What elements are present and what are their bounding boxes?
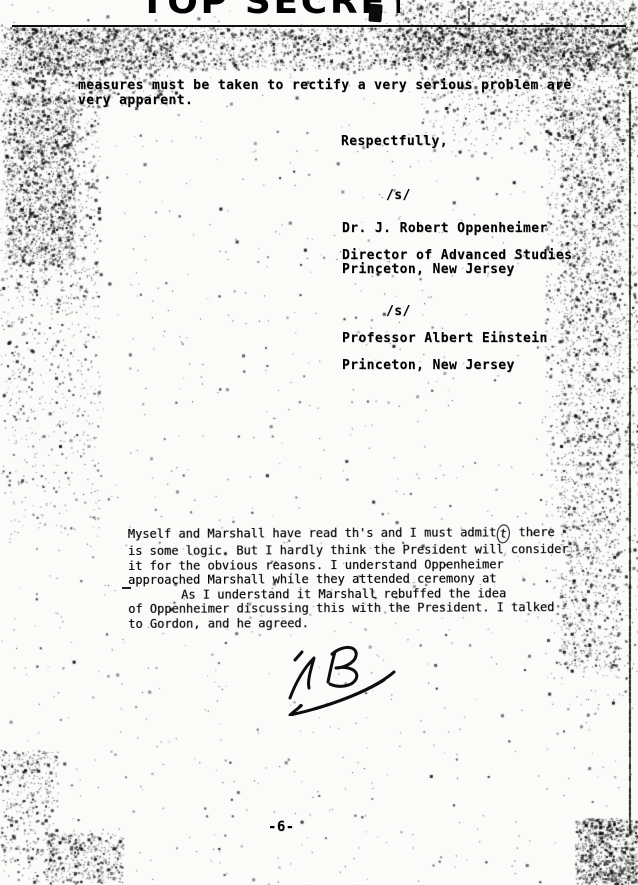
annotation-line: Myself and Marshall have read th's and I…: [128, 523, 588, 544]
top-secret-stamp: TOP SECRET: [138, 0, 400, 25]
signature-s-mark: /s/: [386, 304, 411, 319]
signatory-title: Director of Advanced Studies: [342, 248, 572, 263]
scan-noise-artifacts: [0, 0, 638, 885]
scan-tick-artifact: [468, 8, 470, 22]
top-secret-stamp-text: TOP SECRET: [140, 0, 400, 19]
annotation-text: Myself and Marshall have read th's and I…: [128, 525, 497, 541]
signatory-location: Princeton, New Jersey: [342, 262, 515, 277]
annotation-line: to Gordon, and he agreed.: [128, 615, 588, 632]
reviewer-annotation: Myself and Marshall have read th's and I…: [128, 523, 588, 632]
handwritten-initials-signature: [262, 636, 412, 716]
page-number: -6-: [268, 820, 295, 835]
stray-dash-artifact: [122, 587, 131, 589]
closing-respectfully: Respectfully,: [341, 134, 448, 149]
letter-body-text: measures must be taken to rectify a very…: [78, 78, 572, 108]
signature-s-mark: /s/: [386, 188, 411, 203]
letter-body-line: measures must be taken to rectify a very…: [78, 78, 572, 93]
right-edge-scan-line: [629, 90, 631, 830]
letter-body-line: very apparent.: [78, 93, 572, 108]
stamp-underline-rule: [12, 25, 626, 27]
scanned-letter-page: TOP SECRET measures must be taken to rec…: [0, 0, 638, 885]
ink-blob-artifact: [368, 4, 382, 23]
signatory-location: Princeton, New Jersey: [342, 358, 515, 373]
annotation-line: is some logic. But I hardly think the Pr…: [128, 542, 588, 559]
annotation-line: of Oppenheimer discussing this with the …: [128, 600, 588, 617]
circled-typo-mark: t: [496, 524, 511, 545]
annotation-text: there: [511, 525, 554, 539]
signatory-name-einstein: Professor Albert Einstein: [342, 331, 548, 346]
signatory-name-oppenheimer: Dr. J. Robert Oppenheimer: [342, 221, 548, 236]
